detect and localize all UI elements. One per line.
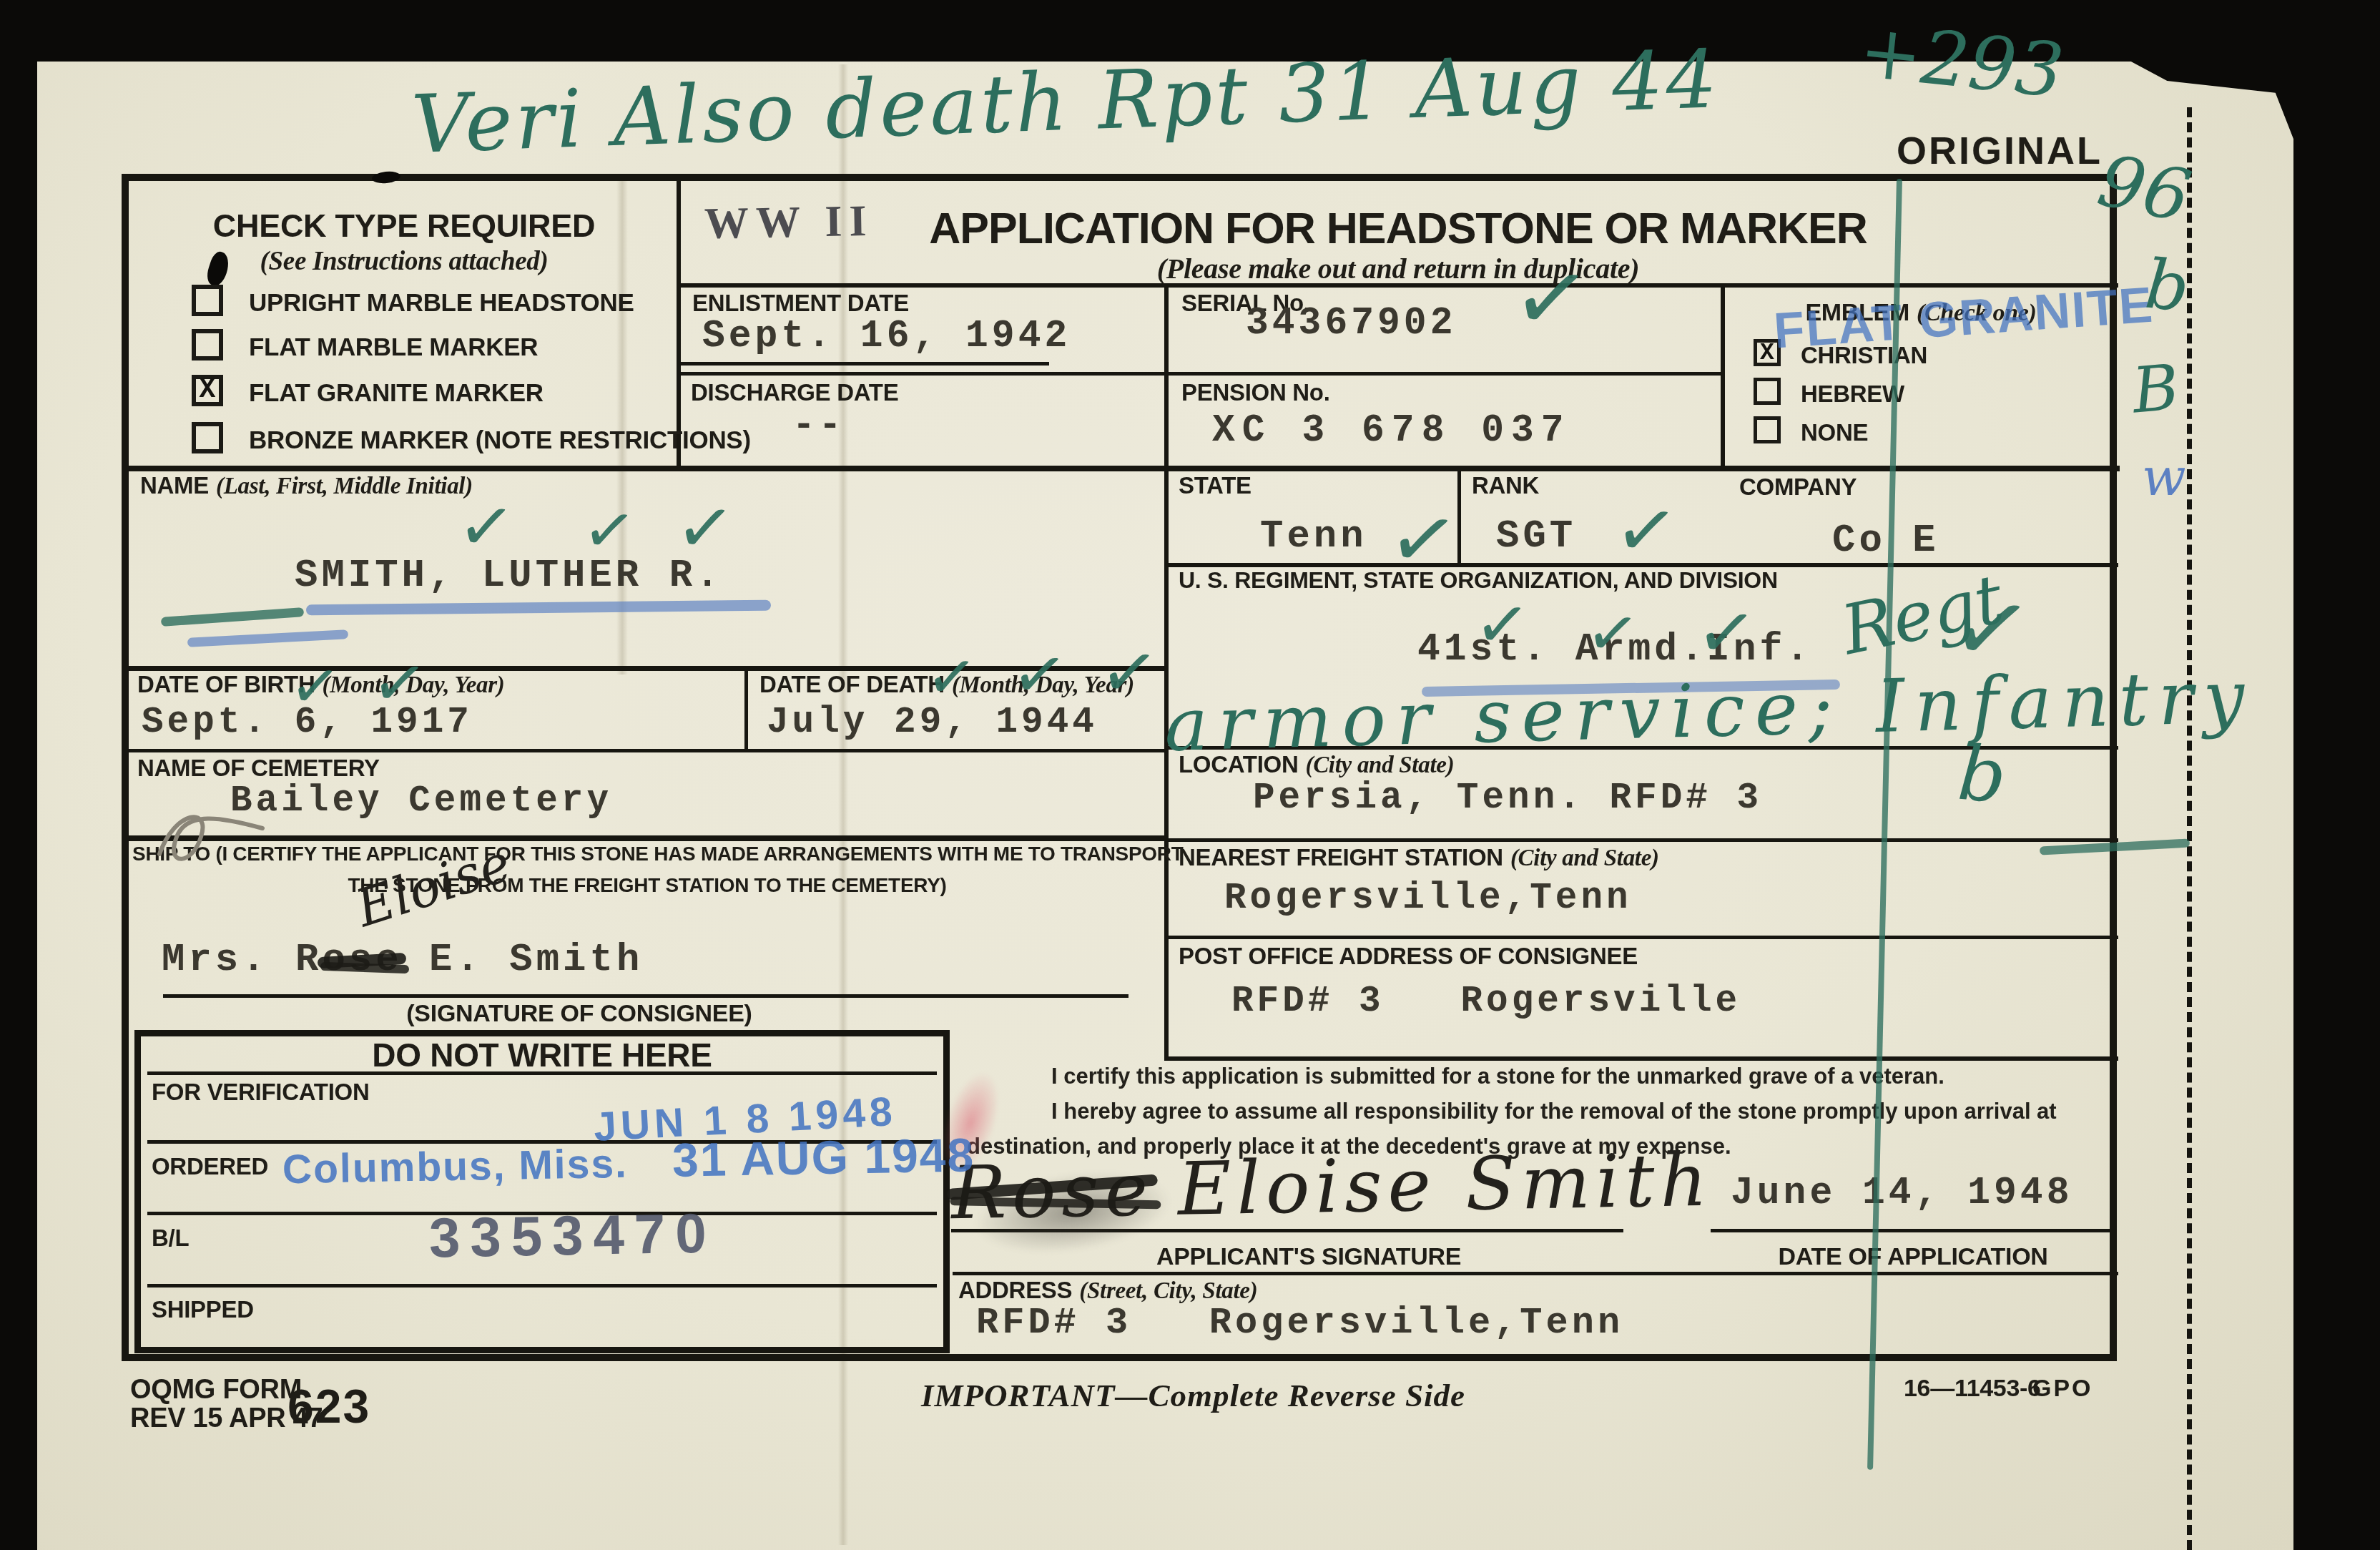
checkbox-flat-marble-marker	[192, 329, 223, 360]
checkbox-label: UPRIGHT MARBLE HEADSTONE	[249, 289, 634, 318]
signature-rule	[1711, 1229, 2111, 1232]
green-checkmark-icon: ✓	[454, 491, 518, 564]
green-checkmark-icon: ✓	[1506, 247, 1596, 350]
enlistment-date-value: Sept. 16, 1942	[702, 315, 1071, 358]
cemetery-value: Bailey Cemetery	[230, 781, 612, 822]
freight-label-text: NEAREST FREIGHT STATION	[1179, 844, 1503, 870]
margin-mark-blue: w	[2142, 447, 2186, 507]
rule-line	[147, 1284, 937, 1287]
freight-station-value: Rogersville,Tenn	[1224, 878, 1632, 919]
important-note: IMPORTANT—Complete Reverse Side	[921, 1377, 1465, 1414]
signature-rule	[163, 994, 1128, 998]
checkbox-label: FLAT MARBLE MARKER	[249, 333, 538, 362]
green-checkmark-icon: ✓	[1582, 599, 1643, 668]
checkbox-label: FLAT GRANITE MARKER	[249, 379, 544, 408]
form-subtitle: (Please make out and return in duplicate…	[890, 252, 1906, 285]
scanned-document: Veri Also death Rpt 31 Aug 44 +293 ORIGI…	[0, 0, 2380, 1550]
pension-no-value: XC 3 678 037	[1212, 409, 1571, 452]
checkbox-hebrew	[1754, 378, 1781, 405]
company-value: Co E	[1832, 519, 1939, 563]
ordered-label: ORDERED	[152, 1153, 268, 1180]
consignee-value: Mrs. Rose E. Smith	[162, 938, 643, 982]
state-label: STATE	[1179, 472, 1252, 499]
date-of-application-value: June 14, 1948	[1731, 1172, 2072, 1215]
rule-line	[127, 749, 1168, 752]
name-label: NAME(Last, First, Middle Initial)	[140, 472, 473, 500]
death-label-text: DATE OF DEATH	[759, 671, 945, 697]
rank-value: SGT	[1496, 515, 1576, 559]
margin-mark: B	[2130, 350, 2182, 427]
name-label-text: NAME	[140, 472, 209, 499]
checkbox-label: NONE	[1801, 419, 1868, 446]
state-value: Tenn	[1260, 515, 1367, 559]
company-label: COMPANY	[1739, 474, 1857, 501]
name-label-italic: (Last, First, Middle Initial)	[216, 474, 473, 499]
green-checkmark-icon: ✓	[1692, 594, 1760, 672]
margin-mark: b	[2142, 245, 2192, 328]
green-loop-mark: b	[1955, 730, 2010, 820]
date-of-application-label: DATE OF APPLICATION	[1716, 1243, 2110, 1271]
green-checkmark-icon: ✓	[1096, 634, 1162, 711]
address-label: ADDRESS(Street, City, State)	[958, 1277, 1257, 1305]
ship-to-label-line2: THE STONE FROM THE FREIGHT STATION TO TH…	[132, 874, 1162, 897]
applicant-signature-script: RoseEloise Smith	[950, 1138, 1713, 1237]
form-title: APPLICATION FOR HEADSTONE OR MARKER	[890, 203, 1906, 253]
check-type-subtitle: (See Instructions attached)	[129, 246, 679, 277]
address-value: RFD# 3 Rogersville,Tenn	[976, 1302, 1623, 1344]
consignee-struck-text: ose	[322, 938, 402, 982]
ordered-date-stamp: 31 AUG 1948	[672, 1127, 975, 1187]
signature-struck-name: Rose	[950, 1147, 1154, 1236]
address-label-italic: (Street, City, State)	[1079, 1278, 1257, 1304]
green-checkmark-icon: ✓	[1610, 489, 1683, 572]
discharge-date-label: DISCHARGE DATE	[691, 379, 898, 406]
po-address-label: POST OFFICE ADDRESS OF CONSIGNEE	[1179, 943, 1638, 970]
freight-station-label: NEAREST FREIGHT STATION(City and State)	[1179, 844, 1659, 872]
green-checkmark-icon: ✓	[368, 647, 431, 720]
checkbox-flat-granite-marker: X	[192, 375, 223, 406]
checkbox-mark: X	[1760, 341, 1774, 365]
green-checkmark-icon: ✓	[287, 654, 344, 720]
checkbox-label: HEBREW	[1801, 381, 1904, 408]
print-code: 16—11453-6	[1904, 1375, 2041, 1403]
cemetery-label: NAME OF CEMETERY	[137, 755, 380, 782]
checkbox-mark: X	[200, 377, 216, 404]
po-address-value: RFD# 3 Rogersville	[1231, 981, 1741, 1022]
freight-label-italic: (City and State)	[1510, 845, 1659, 871]
checkbox-none	[1754, 416, 1781, 443]
rule-line	[1164, 838, 2118, 842]
location-value: Persia, Tenn. RFD# 3	[1253, 778, 1762, 819]
certification-para1: I certify this application is submitted …	[967, 1059, 2082, 1094]
for-verification-label: FOR VERIFICATION	[152, 1079, 369, 1106]
rule-line	[1164, 285, 1169, 1060]
rule-line	[1164, 936, 2118, 939]
form-number: 623	[287, 1379, 370, 1433]
typed-underline	[681, 362, 1049, 366]
signature-of-consignee-label: (SIGNATURE OF CONSIGNEE)	[132, 1000, 1026, 1028]
rule-line	[744, 667, 748, 752]
ww2-stamp: WW II	[704, 196, 874, 250]
rule-line	[953, 1272, 2118, 1275]
address-label-text: ADDRESS	[958, 1277, 1072, 1303]
pension-no-label: PENSION No.	[1181, 379, 1330, 406]
rank-label: RANK	[1472, 472, 1539, 499]
checkbox-label: BRONZE MARKER (NOTE RESTRICTIONS)	[249, 426, 751, 455]
green-checkmark-icon: ✓	[1471, 589, 1533, 661]
form-name: OQMG FORM	[130, 1375, 302, 1406]
consignee-suffix: E. Smith	[403, 938, 644, 982]
enlistment-date-label: ENLISTMENT DATE	[692, 290, 909, 317]
shipped-label: SHIPPED	[152, 1296, 254, 1323]
serial-no-value: 34367902	[1246, 302, 1456, 345]
green-checkmark-icon: ✓	[1008, 639, 1071, 712]
perforation-dashed-line	[2187, 107, 2192, 1550]
green-checkmark-icon: ✓	[672, 491, 738, 566]
rule-line	[127, 466, 2120, 471]
check-type-title: CHECK TYPE REQUIRED	[129, 207, 679, 245]
bl-label: B/L	[152, 1225, 189, 1252]
green-checkmark-icon: ✓	[1382, 494, 1465, 587]
checkbox-bronze-marker	[192, 422, 223, 453]
consignee-prefix: Mrs. R	[162, 938, 322, 982]
bl-number-stamp: 3353470	[428, 1201, 717, 1271]
ship-to-label-line1: SHIP TO (I CERTIFY THE APPLICANT FOR THI…	[132, 843, 1162, 865]
rule-line	[1721, 285, 1725, 470]
discharge-date-value: --	[792, 404, 845, 447]
pencil-scribble	[154, 803, 286, 885]
rule-line	[678, 372, 1723, 376]
checkbox-upright-marble-headstone	[192, 285, 223, 316]
do-not-write-title: DO NOT WRITE HERE	[140, 1036, 944, 1074]
original-label: ORIGINAL	[1897, 129, 2103, 173]
gpo-label: GPO	[2032, 1375, 2093, 1403]
ordered-place-stamp: Columbus, Miss.	[282, 1140, 628, 1193]
signature-rest: Eloise Smith	[1177, 1138, 1713, 1232]
green-checkmark-icon: ✓	[923, 645, 980, 711]
green-checkmark-icon: ✓	[579, 496, 639, 565]
